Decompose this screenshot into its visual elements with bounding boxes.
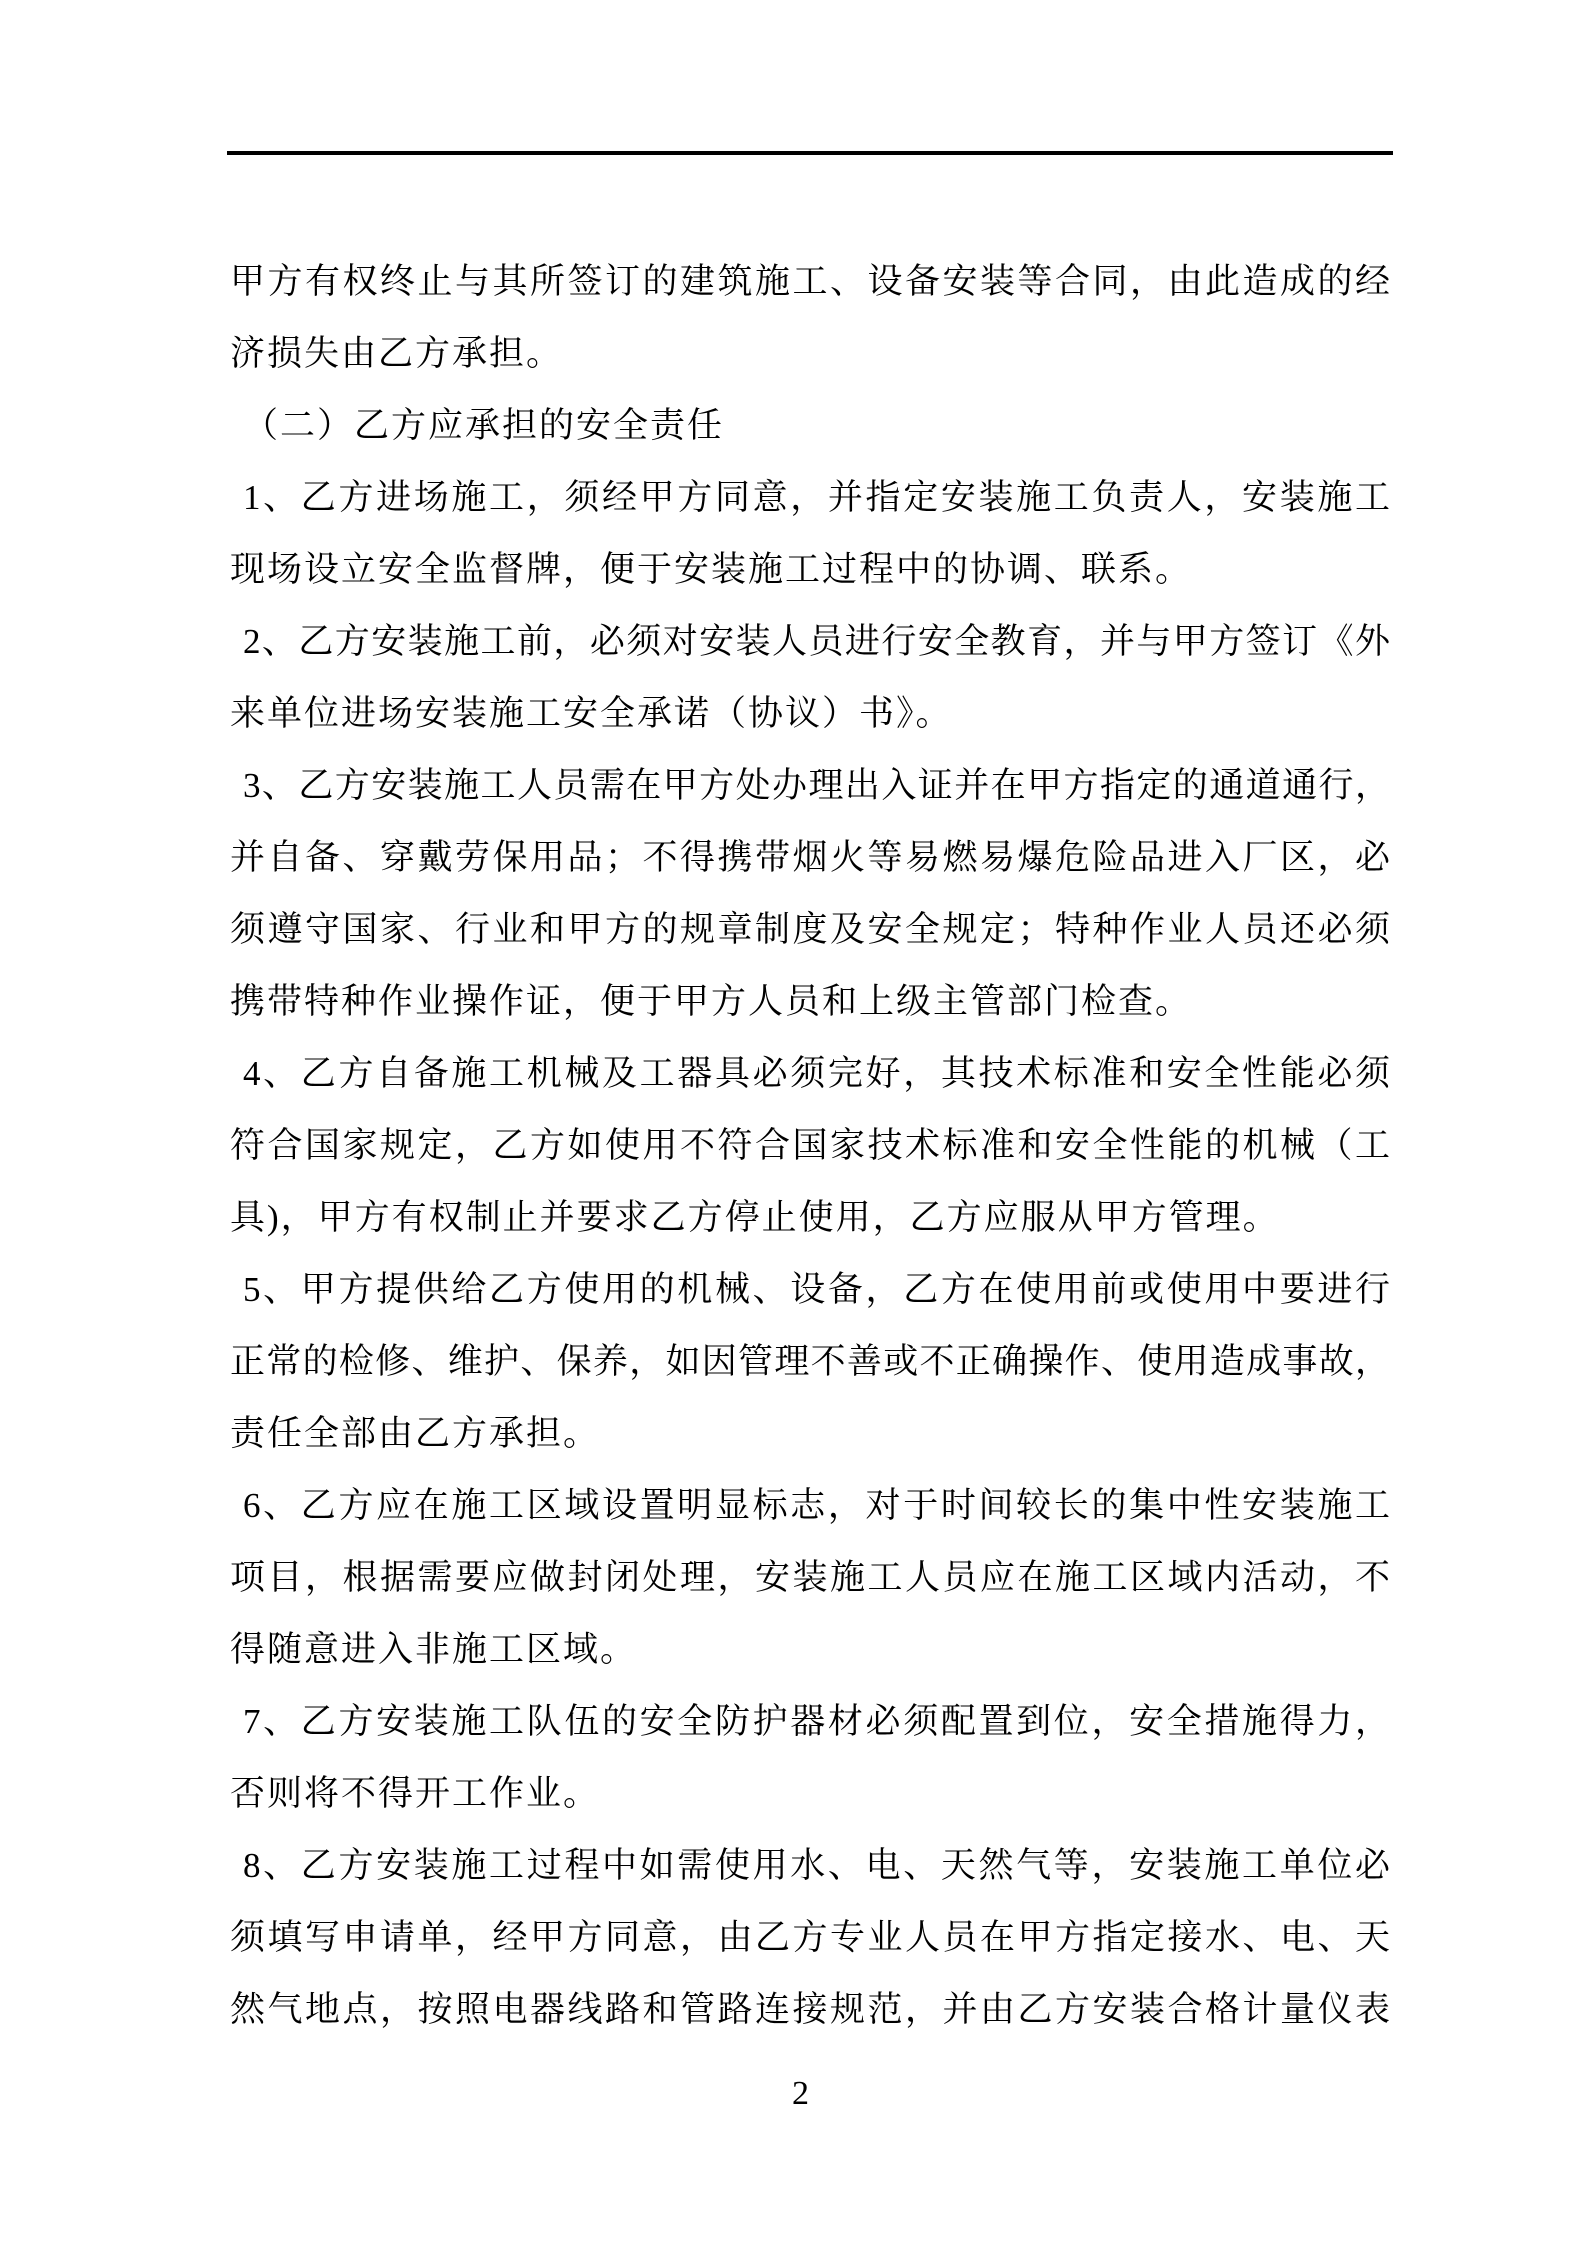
text-line: 须填写申请单，经甲方同意，由乙方专业人员在甲方指定接水、电、天 xyxy=(230,1902,1390,1974)
document-page: 甲方有权终止与其所签订的建筑施工、设备安装等合同，由此造成的经济损失由乙方承担。… xyxy=(0,0,1587,2245)
text-line: 项目，根据需要应做封闭处理，安装施工人员应在施工区域内活动，不 xyxy=(230,1542,1390,1614)
text-line: 2、乙方安装施工前，必须对安装人员进行安全教育，并与甲方签订《外 xyxy=(230,606,1390,678)
text-line: （二）乙方应承担的安全责任 xyxy=(230,390,1390,462)
text-line: 携带特种作业操作证，便于甲方人员和上级主管部门检查。 xyxy=(230,966,1390,1038)
text-line: 甲方有权终止与其所签订的建筑施工、设备安装等合同，由此造成的经 xyxy=(230,246,1390,318)
text-line: 正常的检修、维护、保养，如因管理不善或不正确操作、使用造成事故， xyxy=(230,1326,1390,1398)
text-line: 具)，甲方有权制止并要求乙方停止使用，乙方应服从甲方管理。 xyxy=(230,1182,1390,1254)
text-line: 并自备、穿戴劳保用品；不得携带烟火等易燃易爆危险品进入厂区，必 xyxy=(230,822,1390,894)
text-line: 然气地点，按照电器线路和管路连接规范，并由乙方安装合格计量仪表 xyxy=(230,1974,1390,2046)
text-line: 来单位进场安装施工安全承诺（协议）书》。 xyxy=(230,678,1390,750)
text-block: 甲方有权终止与其所签订的建筑施工、设备安装等合同，由此造成的经济损失由乙方承担。… xyxy=(230,246,1390,2046)
text-line: 7、乙方安装施工队伍的安全防护器材必须配置到位，安全措施得力， xyxy=(230,1686,1390,1758)
text-line: 符合国家规定，乙方如使用不符合国家技术标准和安全性能的机械（工 xyxy=(230,1110,1390,1182)
text-line: 责任全部由乙方承担。 xyxy=(230,1398,1390,1470)
text-line: 1、乙方进场施工，须经甲方同意，并指定安装施工负责人，安装施工 xyxy=(230,462,1390,534)
text-line: 6、乙方应在施工区域设置明显标志，对于时间较长的集中性安装施工 xyxy=(230,1470,1390,1542)
text-line: 否则将不得开工作业。 xyxy=(230,1758,1390,1830)
text-line: 3、乙方安装施工人员需在甲方处办理出入证并在甲方指定的通道通行， xyxy=(230,750,1390,822)
page-number: 2 xyxy=(0,2072,1587,2116)
text-line: 8、乙方安装施工过程中如需使用水、电、天然气等，安装施工单位必 xyxy=(230,1830,1390,1902)
text-line: 济损失由乙方承担。 xyxy=(230,318,1390,390)
text-line: 4、乙方自备施工机械及工器具必须完好，其技术标准和安全性能必须 xyxy=(230,1038,1390,1110)
text-line: 须遵守国家、行业和甲方的规章制度及安全规定；特种作业人员还必须 xyxy=(230,894,1390,966)
header-rule xyxy=(227,151,1393,155)
text-line: 现场设立安全监督牌，便于安装施工过程中的协调、联系。 xyxy=(230,534,1390,606)
text-line: 5、甲方提供给乙方使用的机械、设备，乙方在使用前或使用中要进行 xyxy=(230,1254,1390,1326)
text-line: 得随意进入非施工区域。 xyxy=(230,1614,1390,1686)
